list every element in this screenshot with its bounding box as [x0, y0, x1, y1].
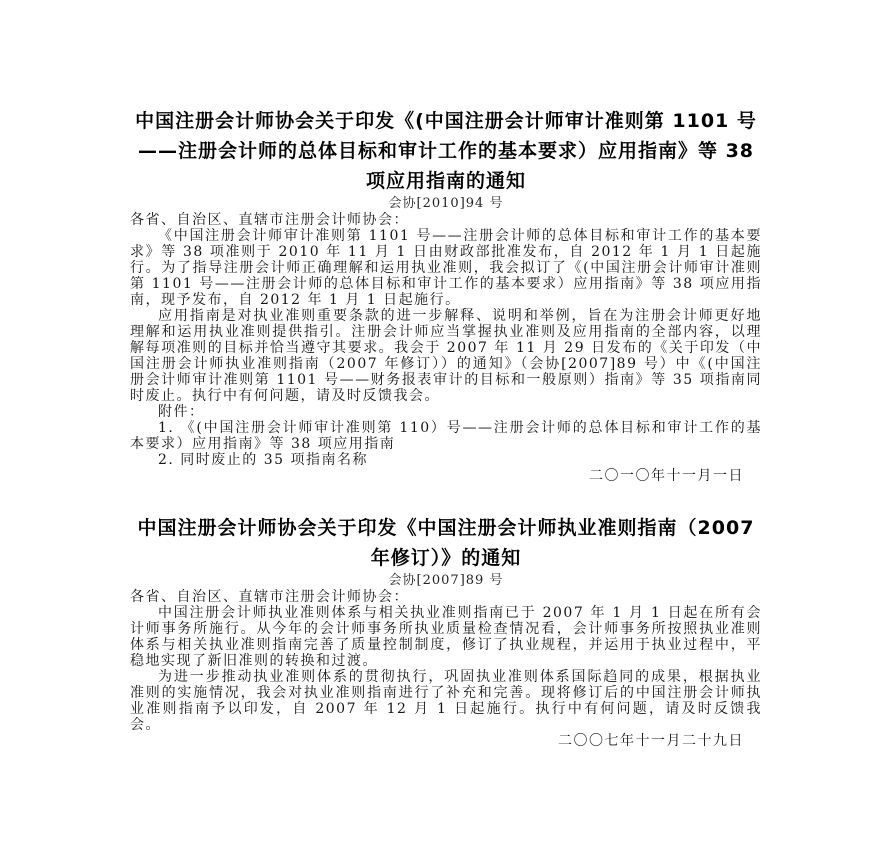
document-content: 中国注册会计师协会关于印发《(中国注册会计师审计准则第 1101 号 ——注册会… [130, 106, 762, 749]
issue-date: 二〇一〇年十一月一日 [130, 468, 762, 484]
attachments-label: 附件： [130, 404, 762, 420]
body-paragraph: 《中国注册会计师审计准则第 1101 号——注册会计师的总体目标和审计工作的基本… [130, 228, 762, 308]
document-number: 会协[2010]94 号 [130, 196, 762, 212]
body-paragraph: 应用指南是对执业准则重要条款的进一步解释、说明和举例，旨在为注册会计师更好地理解… [130, 308, 762, 404]
attachment-item: 1. 《(中国注册会计师审计准则第 110）号——注册会计师的总体目标和审计工作… [130, 420, 762, 452]
title-line-3: 项应用指南的通知 [130, 166, 762, 196]
title-line-2: 年修订）》的通知 [130, 543, 762, 573]
document-number: 会协[2007]89 号 [130, 573, 762, 589]
issue-date: 二〇〇七年十一月二十九日 [130, 733, 762, 749]
salutation: 各省、自治区、直辖市注册会计师协会： [130, 589, 762, 605]
document-page: 中国注册会计师协会关于印发《(中国注册会计师审计准则第 1101 号 ——注册会… [0, 0, 870, 842]
notice-2010: 中国注册会计师协会关于印发《(中国注册会计师审计准则第 1101 号 ——注册会… [130, 106, 762, 484]
title-line-1: 中国注册会计师协会关于印发《(中国注册会计师审计准则第 1101 号 [130, 106, 762, 136]
title-line-1: 中国注册会计师协会关于印发《中国注册会计师执业准则指南（2007 [130, 513, 762, 543]
notice-2007: 中国注册会计师协会关于印发《中国注册会计师执业准则指南（2007 年修订）》的通… [130, 513, 762, 749]
notice-body: 各省、自治区、直辖市注册会计师协会： 《中国注册会计师审计准则第 1101 号—… [130, 212, 762, 484]
attachment-item: 2. 同时废止的 35 项指南名称 [130, 452, 762, 468]
salutation: 各省、自治区、直辖市注册会计师协会： [130, 212, 762, 228]
title-line-2: ——注册会计师的总体目标和审计工作的基本要求）应用指南》等 38 [130, 136, 762, 166]
body-paragraph: 为进一步推动执业准则体系的贯彻执行，巩固执业准则体系国际趋同的成果，根据执业准则… [130, 669, 762, 733]
body-paragraph: 中国注册会计师执业准则体系与相关执业准则指南已于 2007 年 1 月 1 日起… [130, 605, 762, 669]
notice-title: 中国注册会计师协会关于印发《中国注册会计师执业准则指南（2007 年修订）》的通… [130, 513, 762, 573]
notice-title: 中国注册会计师协会关于印发《(中国注册会计师审计准则第 1101 号 ——注册会… [130, 106, 762, 196]
notice-body: 各省、自治区、直辖市注册会计师协会： 中国注册会计师执业准则体系与相关执业准则指… [130, 589, 762, 749]
